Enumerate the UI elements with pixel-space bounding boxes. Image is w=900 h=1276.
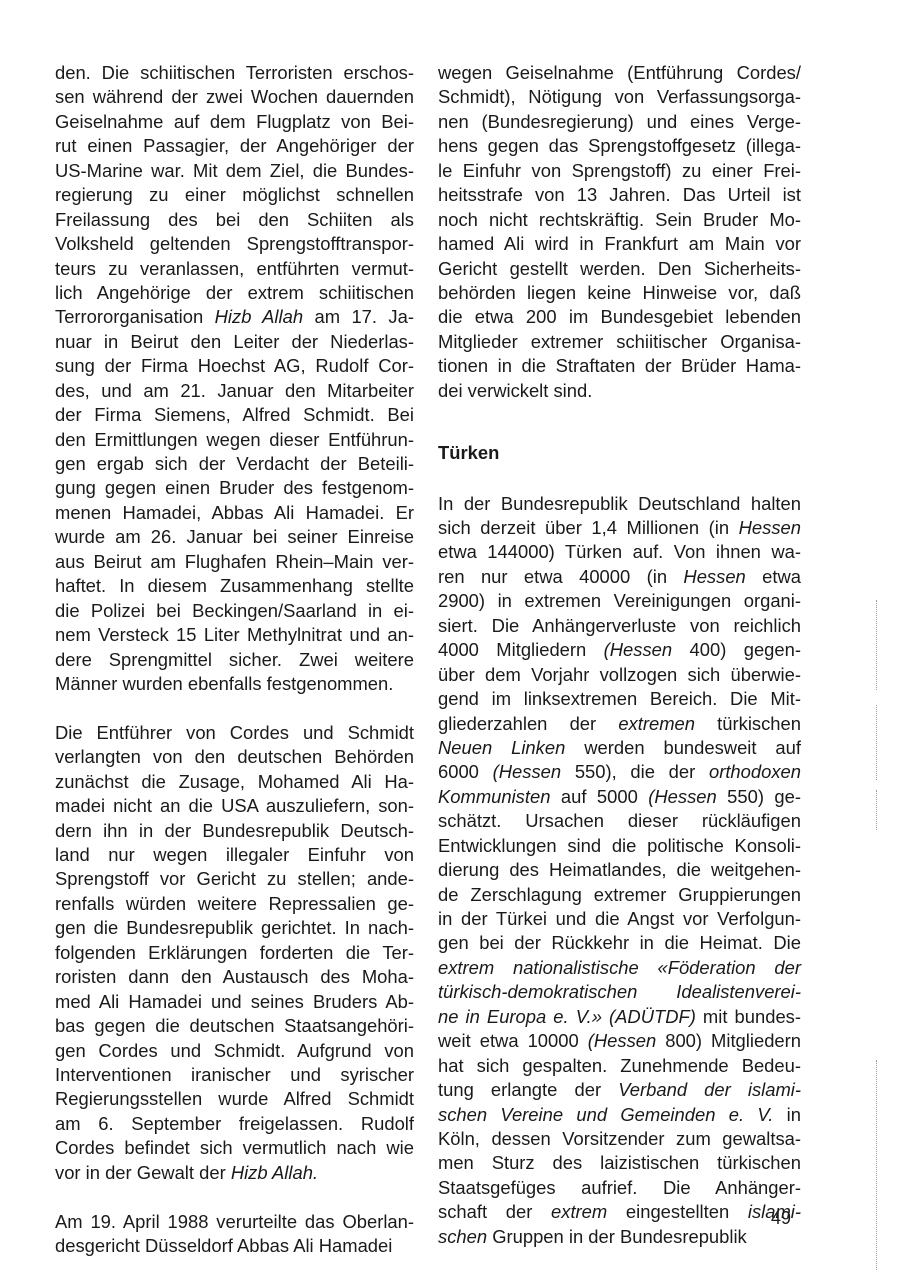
text-line: renfalls würden weitere Repressalien ge- — [55, 892, 414, 916]
text-segment: tung erlangte der — [438, 1079, 618, 1100]
text-segment: 550) ge- — [717, 786, 801, 807]
text-segment: mit bundes- — [696, 1006, 801, 1027]
text-line: zunächst die Zusage, Mohamed Ali Ha- — [55, 770, 414, 794]
text-line: Freilassung des bei den Schiiten als — [55, 208, 414, 232]
italic-text: extrem — [551, 1201, 607, 1222]
text-line: sung der Firma Hoechst AG, Rudolf Cor- — [55, 354, 414, 378]
italic-text: Hizb Allah. — [231, 1162, 318, 1183]
italic-text: ne in Europa e. V.» (ADÜTDF) — [438, 1006, 696, 1027]
text-line: US-Marine war. Mit dem Ziel, die Bundes- — [55, 159, 414, 183]
text-line: noch nicht rechtskräftig. Sein Bruder Mo… — [438, 208, 801, 232]
text-line: tionen in die Straftaten der Brüder Hama… — [438, 354, 801, 378]
text-line: weit etwa 10000 (Hessen 800) Mitgliedern — [438, 1029, 801, 1053]
text-line: Staatsgefüges aufrief. Die Anhänger- — [438, 1176, 801, 1200]
italic-text: schen — [438, 1226, 487, 1247]
text-line: sen während der zwei Wochen dauernden — [55, 85, 414, 109]
text-line: behörden liegen keine Hinweise vor, daß — [438, 281, 801, 305]
text-line: die etwa 200 im Bundesgebiet lebenden — [438, 305, 801, 329]
text-line: gend im linksextremen Bereich. Die Mit- — [438, 687, 801, 711]
text-line: die Polizei bei Beckingen/Saarland in ei… — [55, 599, 414, 623]
italic-text: Hessen — [683, 566, 745, 587]
text-line: schen Vereine und Gemeinden e. V. in — [438, 1103, 801, 1127]
text-segment: etwa — [746, 566, 801, 587]
text-segment: 4000 Mitgliedern — [438, 639, 604, 660]
text-line: Die Entführer von Cordes und Schmidt — [55, 721, 414, 745]
paragraph: Am 19. April 1988 verurteilte das Oberla… — [55, 1210, 414, 1259]
italic-text: schen Vereine und Gemeinden e. V. — [438, 1104, 773, 1125]
text-line: de Zerschlagung extremer Gruppierungen — [438, 883, 801, 907]
text-line: Männer wurden ebenfalls festgenommen. — [55, 672, 414, 696]
text-line: 4000 Mitgliedern (Hessen 400) gegen- — [438, 638, 801, 662]
text-line: Entwicklungen sind die politische Konsol… — [438, 834, 801, 858]
scan-edge-artifact — [876, 790, 878, 830]
text-line: gen ergab sich der Verdacht der Beteili- — [55, 452, 414, 476]
text-segment: vor in der Gewalt der — [55, 1162, 231, 1183]
text-line: hamed Ali wird in Frankfurt am Main vor — [438, 232, 801, 256]
text-line: den. Die schiitischen Terroristen erscho… — [55, 61, 414, 85]
italic-text: Kommunisten — [438, 786, 550, 807]
italic-text: extrem nationalistische «Föderation der — [438, 957, 801, 978]
text-segment: 800) Mitgliedern — [656, 1030, 801, 1051]
text-line: madei nicht an die USA auszuliefern, son… — [55, 794, 414, 818]
text-line: Geiselnahme auf dem Flugplatz von Bei- — [55, 110, 414, 134]
text-line: teurs zu veranlassen, entführten vermut- — [55, 257, 414, 281]
scan-edge-artifact — [876, 1060, 878, 1270]
scan-edge-artifact — [876, 705, 878, 780]
text-line: Regierungsstellen wurde Alfred Schmidt — [55, 1087, 414, 1111]
page-number: 49 — [771, 1206, 791, 1230]
italic-text: orthodoxen — [709, 761, 801, 782]
text-line: hens gegen das Sprengstoffgesetz (illega… — [438, 134, 801, 158]
text-line: extrem nationalistische «Föderation der — [438, 956, 801, 980]
text-line: Neuen Linken werden bundesweit auf — [438, 736, 801, 760]
text-line: siert. Die Anhängerverluste von reichlic… — [438, 614, 801, 638]
text-line: dere Sprengmittel sicher. Zwei weitere — [55, 648, 414, 672]
text-line: Gericht gestellt werden. Den Sicherheits… — [438, 257, 801, 281]
text-line: In der Bundesrepublik Deutschland halten — [438, 492, 801, 516]
italic-text: Neuen Linken — [438, 737, 565, 758]
text-segment: gliederzahlen der — [438, 713, 618, 734]
paragraph: wegen Geiselnahme (Entführung Cordes/Sch… — [438, 61, 801, 403]
italic-text: Hizb Allah — [215, 306, 303, 327]
text-line: menen Hamadei, Abbas Ali Hamadei. Er — [55, 501, 414, 525]
italic-text: türkisch-demokratischen Idealistenverei- — [438, 981, 801, 1002]
text-line: Am 19. April 1988 verurteilte das Oberla… — [55, 1210, 414, 1234]
text-line: schätzt. Ursachen dieser rückläufigen — [438, 809, 801, 833]
text-line: rut einen Passagier, der Angehöriger der — [55, 134, 414, 158]
text-line: 2900) in extremen Vereinigungen organi- — [438, 589, 801, 613]
italic-text: (Hessen — [588, 1030, 656, 1051]
text-segment: eingestellten — [607, 1201, 748, 1222]
text-line: Köln, dessen Vorsitzender zum gewaltsa- — [438, 1127, 801, 1151]
text-segment: Terrororganisation — [55, 306, 215, 327]
text-line: Mitglieder extremer schiitischer Organis… — [438, 330, 801, 354]
text-line: schaft der extrem eingestellten islami- — [438, 1200, 801, 1224]
italic-text: Verband der islami- — [618, 1079, 801, 1100]
text-line: hat sich gespalten. Zunehmende Bedeu- — [438, 1054, 801, 1078]
text-segment: auf 5000 — [550, 786, 648, 807]
text-line: dierung des Heimatlandes, die weitgehen- — [438, 858, 801, 882]
paragraph-gap — [55, 696, 414, 720]
text-line: aus Beirut am Flughafen Rhein–Main ver- — [55, 550, 414, 574]
scan-edge-artifact — [876, 600, 878, 690]
text-line: dei verwickelt sind. — [438, 379, 801, 403]
text-line: gen bei der Rückkehr in die Heimat. Die — [438, 931, 801, 955]
text-line: wurde am 26. Januar bei seiner Einreise — [55, 525, 414, 549]
text-line: vor in der Gewalt der Hizb Allah. — [55, 1161, 414, 1185]
text-segment: in — [773, 1104, 801, 1125]
text-segment: am 17. Ja- — [303, 306, 414, 327]
italic-text: extremen — [618, 713, 695, 734]
text-segment: schaft der — [438, 1201, 551, 1222]
document-page: den. Die schiitischen Terroristen erscho… — [0, 0, 900, 1276]
text-line: gen die Bundesrepublik gerichtet. In nac… — [55, 916, 414, 940]
text-line: desgericht Düsseldorf Abbas Ali Hamadei — [55, 1234, 414, 1258]
text-segment: ren nur etwa 40000 (in — [438, 566, 683, 587]
paragraph: Die Entführer von Cordes und Schmidtverl… — [55, 721, 414, 1185]
text-line: der Firma Siemens, Alfred Schmidt. Bei — [55, 403, 414, 427]
text-line: wegen Geiselnahme (Entführung Cordes/ — [438, 61, 801, 85]
text-segment: weit etwa 10000 — [438, 1030, 588, 1051]
text-line: med Ali Hamadei und seines Bruders Ab- — [55, 990, 414, 1014]
italic-text: (Hessen — [648, 786, 716, 807]
text-line: Volksheld geltenden Sprengstofftranspor- — [55, 232, 414, 256]
paragraph: In der Bundesrepublik Deutschland halten… — [438, 492, 801, 1250]
paragraph-gap — [438, 403, 801, 441]
text-line: des, und am 21. Januar den Mitarbeiter — [55, 379, 414, 403]
text-line: men Sturz des laizistischen türkischen — [438, 1151, 801, 1175]
text-segment: 6000 — [438, 761, 493, 782]
text-line: le Einfuhr von Sprengstoff) zu einer Fre… — [438, 159, 801, 183]
text-line: ren nur etwa 40000 (in Hessen etwa — [438, 565, 801, 589]
text-line: türkisch-demokratischen Idealistenverei- — [438, 980, 801, 1004]
paragraph: den. Die schiitischen Terroristen erscho… — [55, 61, 414, 696]
text-line: land nur wegen illegaler Einfuhr von — [55, 843, 414, 867]
text-line: Interventionen iranischer und syrischer — [55, 1063, 414, 1087]
text-line: tung erlangte der Verband der islami- — [438, 1078, 801, 1102]
text-segment: werden bundesweit auf — [565, 737, 801, 758]
text-line: dern ihn in der Bundesrepublik Deutsch- — [55, 819, 414, 843]
text-segment: sich derzeit über 1,4 Millionen (in — [438, 517, 739, 538]
text-line: Kommunisten auf 5000 (Hessen 550) ge- — [438, 785, 801, 809]
text-line: nen (Bundesregierung) und eines Verge- — [438, 110, 801, 134]
italic-text: (Hessen — [493, 761, 561, 782]
text-line: 6000 (Hessen 550), die der orthodoxen — [438, 760, 801, 784]
right-column: wegen Geiselnahme (Entführung Cordes/Sch… — [438, 61, 801, 1249]
text-line: bas gegen die deutschen Staatsangehöri- — [55, 1014, 414, 1038]
text-line: Sprengstoff vor Gericht zu stellen; ande… — [55, 867, 414, 891]
text-line: folgenden Erklärungen forderten die Ter- — [55, 941, 414, 965]
text-line: verlangten von den deutschen Behörden — [55, 745, 414, 769]
italic-text: Hessen — [739, 517, 801, 538]
text-line: gliederzahlen der extremen türkischen — [438, 712, 801, 736]
text-line: ne in Europa e. V.» (ADÜTDF) mit bundes- — [438, 1005, 801, 1029]
text-line: gen Cordes und Schmidt. Aufgrund von — [55, 1039, 414, 1063]
text-line: schen Gruppen in der Bundesrepublik — [438, 1225, 801, 1249]
text-line: in der Türkei und die Angst vor Verfolgu… — [438, 907, 801, 931]
text-line: über dem Vorjahr vollzogen sich überwie- — [438, 663, 801, 687]
text-line: Cordes befindet sich vermutlich nach wie — [55, 1136, 414, 1160]
text-line: nuar in Beirut den Leiter der Niederlas- — [55, 330, 414, 354]
text-line: sich derzeit über 1,4 Millionen (in Hess… — [438, 516, 801, 540]
text-line: heitsstrafe von 13 Jahren. Das Urteil is… — [438, 183, 801, 207]
text-segment: türkischen — [695, 713, 801, 734]
text-line: haftet. In diesem Zusammenhang stellte — [55, 574, 414, 598]
text-line: am 6. September freigelassen. Rudolf — [55, 1112, 414, 1136]
text-line: lich Angehörige der extrem schiitischen — [55, 281, 414, 305]
text-line: roristen dann den Austausch des Moha- — [55, 965, 414, 989]
text-segment: 550), die der — [561, 761, 709, 782]
text-line: Schmidt), Nötigung von Verfassungsorga- — [438, 85, 801, 109]
italic-text: (Hessen — [604, 639, 672, 660]
text-line: den Ermittlungen wegen dieser Entführun- — [55, 428, 414, 452]
text-line: regierung zu einer möglichst schnellen — [55, 183, 414, 207]
text-line: nem Versteck 15 Liter Methylnitrat und a… — [55, 623, 414, 647]
text-line: gung gegen einen Bruder des festgenom- — [55, 476, 414, 500]
text-line: Terrororganisation Hizb Allah am 17. Ja- — [55, 305, 414, 329]
text-segment: 400) gegen- — [672, 639, 801, 660]
text-segment: Gruppen in der Bundesrepublik — [487, 1226, 747, 1247]
left-column: den. Die schiitischen Terroristen erscho… — [55, 61, 414, 1258]
text-line: etwa 144000) Türken auf. Von ihnen wa- — [438, 540, 801, 564]
paragraph-gap — [55, 1185, 414, 1209]
section-heading: Türken — [438, 441, 801, 465]
